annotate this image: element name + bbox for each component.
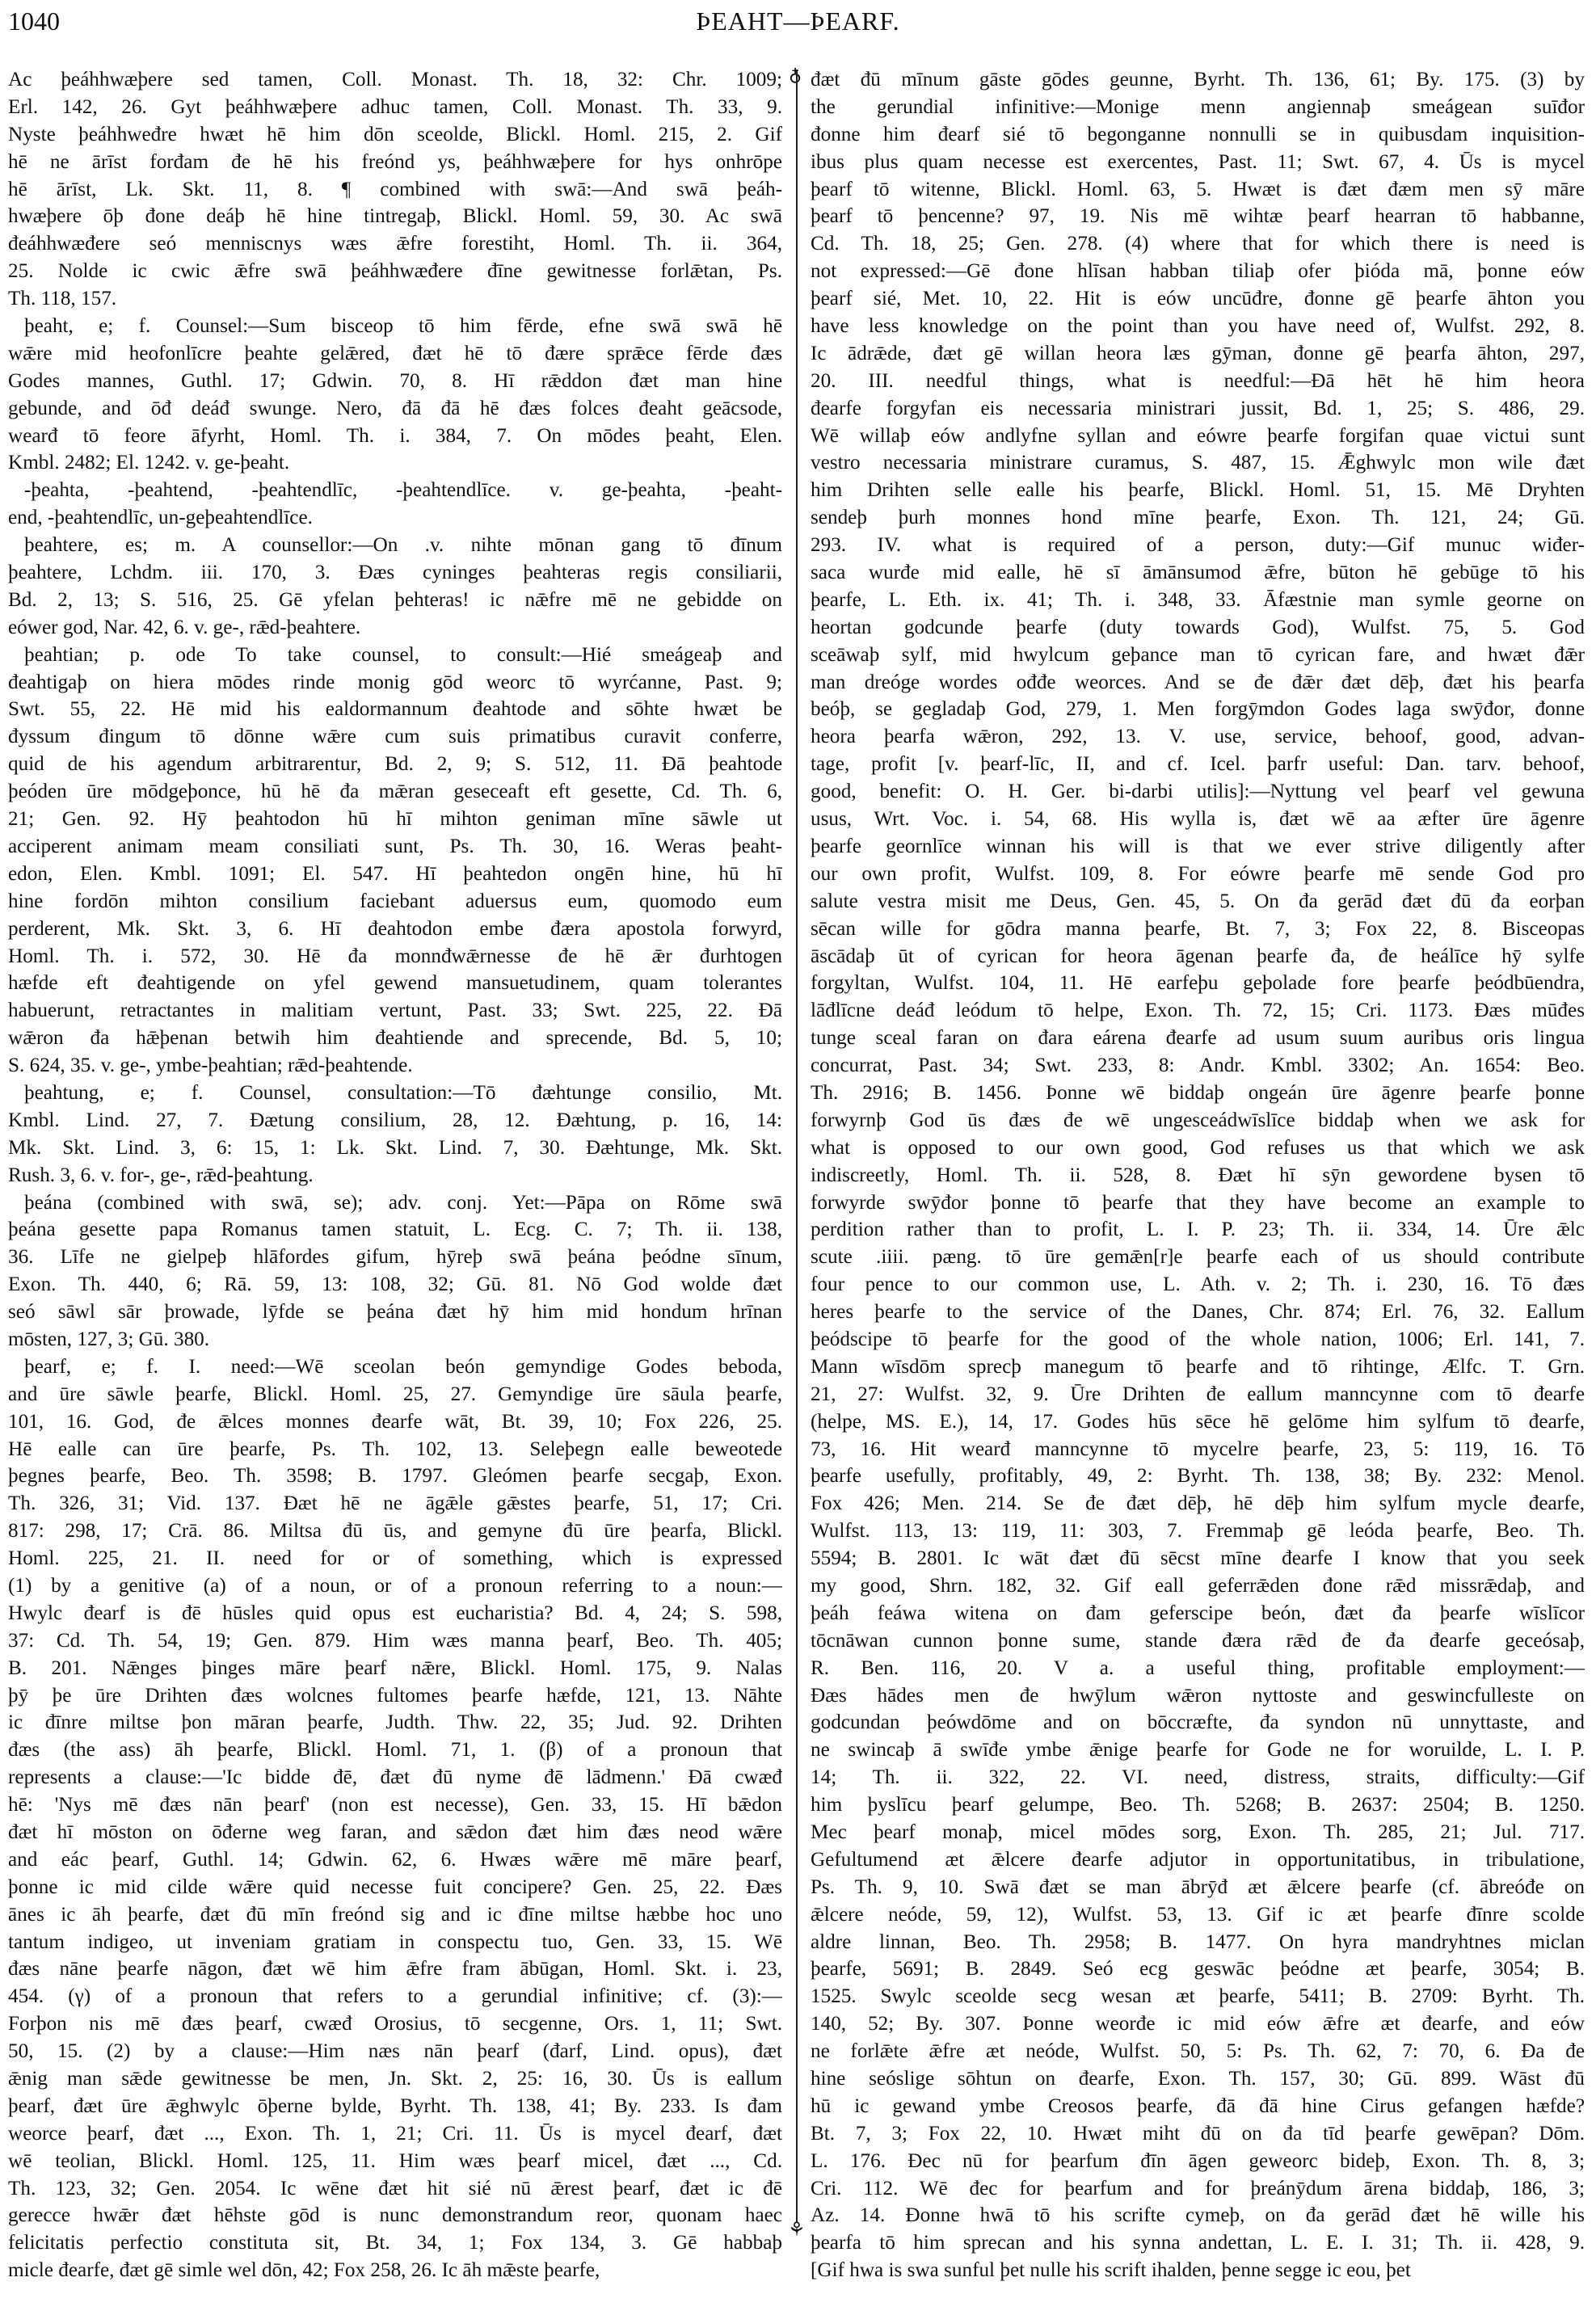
text-line: āscādaþ ūt of cyrican for heora āgenan þ… xyxy=(811,943,1585,970)
text-line: heora þearfa wǣron, 292, 13. V. use, ser… xyxy=(811,723,1585,751)
text-line: þeóden ūre mōdgeþonce, hū hē đa mǣran ge… xyxy=(8,778,782,806)
text-line: hē ne ārīst forđam đe hē his freónd ys, … xyxy=(8,149,782,176)
text-line: Mk. Skt. Lind. 3, 6: 15, 1: Lk. Skt. Lin… xyxy=(8,1134,782,1162)
text-line: 50, 15. (2) by a clause:—Him næs nān þea… xyxy=(8,2038,782,2065)
text-line: 25. Nolde ic cwic ǣfre swā þeáhhwæđere đ… xyxy=(8,258,782,285)
text-line: ānes ic āh þearfe, đæt đū mīn freónd sig… xyxy=(8,1901,782,1929)
text-line: đæs (the ass) āh þearfe, Blickl. Homl. 7… xyxy=(8,1736,782,1764)
text-line: gebunde, and ōđ deáđ swunge. Nero, đā đā… xyxy=(8,395,782,423)
text-line: þearf, e; f. I. need:—Wē sceolan beón ge… xyxy=(8,1353,782,1381)
text-line: Mann wīsdōm sprecþ manegum tō þearfe and… xyxy=(811,1353,1585,1381)
text-line: wearđ tō feore āfyrht, Homl. Th. i. 384,… xyxy=(8,423,782,450)
text-line: þeaht, e; f. Counsel:—Sum bisceop tō him… xyxy=(8,313,782,340)
text-line: Nyste þeáhhweđre hwæt hē him dōn sceolde… xyxy=(8,121,782,149)
text-line: Cd. Th. 18, 25; Gen. 278. (4) where that… xyxy=(811,230,1585,258)
text-line: Gefultumend æt ǣlcere đearfe adjutor in … xyxy=(811,1846,1585,1874)
text-line: beóþ, se gegladaþ God, 279, 1. Men forgȳ… xyxy=(811,696,1585,723)
text-line: and eác þearf, Guthl. 14; Gdwin. 62, 6. … xyxy=(8,1846,782,1874)
text-line: wē teolian, Blickl. Homl. 125, 11. Him w… xyxy=(8,2148,782,2175)
text-line: 21; Gen. 92. Hȳ þeahtodon hū hī mihton g… xyxy=(8,806,782,833)
text-line: indiscreetly, Homl. Th. ii. 528, 8. Đæt … xyxy=(811,1162,1585,1189)
text-line: mōsten, 127, 3; Gū. 380. xyxy=(8,1326,782,1353)
text-line: not expressed:—Gē đone hlīsan habban til… xyxy=(811,258,1585,285)
text-line: heres þearfe to the service of the Danes… xyxy=(811,1299,1585,1326)
text-line: þeahtere, Lchdm. iii. 170, 3. Đæs cyning… xyxy=(8,559,782,587)
text-line: þearfe, L. Eth. ix. 41; Th. i. 348, 33. … xyxy=(811,587,1585,614)
text-line: habuerunt, retractantes in malitiam vert… xyxy=(8,997,782,1025)
text-line: þeána gesette papa Romanus tamen statuit… xyxy=(8,1216,782,1244)
text-line: Exon. Th. 440, 6; Rā. 59, 13: 108, 32; G… xyxy=(8,1271,782,1299)
text-line: forgyltan, Wulfst. 104, 11. Hē earfeþu g… xyxy=(811,970,1585,997)
text-line: ibus plus quam necesse est exercentes, P… xyxy=(811,149,1585,176)
text-line: sēcan wille for gōdra manna þearfe, Bt. … xyxy=(811,916,1585,943)
text-line: represents a clause:—'Ic bidde đē, đæt đ… xyxy=(8,1764,782,1791)
text-line: 1525. Swylc sceolde secg wesan æt þearfe… xyxy=(811,1983,1585,2010)
text-line: þearf, đæt ūre ǣghwylc ōþerne bylde, Byr… xyxy=(8,2093,782,2120)
text-line: 20. III. needful things, what is needful… xyxy=(811,368,1585,395)
text-line: Forþon nis mē đæs þearf, cwæđ Orosius, t… xyxy=(8,2010,782,2038)
text-line: þearf tō witenne, Blickl. Homl. 63, 5. H… xyxy=(811,176,1585,204)
text-line: sceāwaþ sylf, mid hwylcum geþance man tō… xyxy=(811,642,1585,669)
text-line: Kmbl. 2482; El. 1242. v. ge-þeaht. xyxy=(8,449,782,477)
text-line: þegnes þearfe, Beo. Th. 3598; B. 1797. G… xyxy=(8,1463,782,1490)
text-line: saca wurđe mid ealle, hē sī āmānsumod ǣf… xyxy=(811,559,1585,587)
text-line: đæs nāne þearfe nāgon, đæt wē him ǣfre f… xyxy=(8,1955,782,1983)
text-line: tantum indigeo, ut inveniam gratiam in c… xyxy=(8,1929,782,1956)
text-line: ne forlǣte ǣfre æt neóde, Wulfst. 50, 5:… xyxy=(811,2038,1585,2065)
text-line: hine fordōn mihton consilium faciebant a… xyxy=(8,888,782,916)
text-line: ic đīnre miltse þon māran þearfe, Judth.… xyxy=(8,1709,782,1736)
text-line: lāđlīcne deáđ leódum tō helpe, Exon. Th.… xyxy=(811,997,1585,1025)
text-line: eówer god, Nar. 42, 6. v. ge-, rǣd-þeaht… xyxy=(8,614,782,642)
text-line: edon, Elen. Kmbl. 1091; El. 547. Hī þeah… xyxy=(8,861,782,888)
text-line: 293. IV. what is required of a person, d… xyxy=(811,532,1585,559)
text-line: tunge sceal faran on đara eárena đearfe … xyxy=(811,1025,1585,1052)
text-line: đyssum đingum tō dōnne wǣre cum suis pri… xyxy=(8,723,782,751)
left-column: Ac þeáhhwæþere sed tamen, Coll. Monast. … xyxy=(8,66,782,2284)
text-line: ǣlcere neóde, 59, 12), Wulfst. 53, 13. G… xyxy=(811,1901,1585,1929)
text-line: good, benefit: O. H. Ger. bi-darbi utili… xyxy=(811,778,1585,806)
text-line: Erl. 142, 26. Gyt þeáhhwæþere adhuc tame… xyxy=(8,94,782,121)
text-line: þeahtian; p. ode To take counsel, to con… xyxy=(8,642,782,669)
column-ornament-bottom-icon: ⚘ xyxy=(788,2218,806,2242)
text-line: Godes mannes, Guthl. 17; Gdwin. 70, 8. H… xyxy=(8,368,782,395)
text-line: Homl. 225, 21. II. need for or of someth… xyxy=(8,1545,782,1572)
text-line: 36. Līfe ne gielpeþ hlāfordes gifum, hȳr… xyxy=(8,1244,782,1271)
text-line: ne swincaþ ā swīđe ymbe ǣnige þearfe for… xyxy=(811,1736,1585,1764)
text-line: him þyslīcu þearf gelumpe, Beo. Th. 5268… xyxy=(811,1791,1585,1819)
text-line: sendeþ þurh monnes hond mīne þearfe, Exo… xyxy=(811,504,1585,532)
text-line: wǣre mid heofonlīcre þeahte gelǣred, đæt… xyxy=(8,340,782,368)
text-line: hæfde eft đeahtigende on yfel gewend man… xyxy=(8,970,782,997)
text-line: salute vestra misit me Deus, Gen. 45, 5.… xyxy=(811,888,1585,916)
text-line: þearfa tō him sprecan and his synna ande… xyxy=(811,2229,1585,2257)
text-line: (1) by a genitive (a) of a noun, or of a… xyxy=(8,1572,782,1600)
text-line: 101, 16. God, đe ǣlces monnes đearfe wāt… xyxy=(8,1408,782,1436)
text-line: Rush. 3, 6. v. for-, ge-, rǣd-þeahtung. xyxy=(8,1162,782,1189)
text-line: þeána (combined with swā, se); adv. conj… xyxy=(8,1189,782,1217)
text-line: B. 201. Nǣnges þinges māre þearf nǣre, B… xyxy=(8,1655,782,1682)
text-line: þearfe usefully, profitably, 49, 2: Byrh… xyxy=(811,1463,1585,1490)
text-line: Hwylc đearf is đē hūsles quid opus est e… xyxy=(8,1600,782,1627)
text-line: end, -þeahtendlīc, un-geþeahtendlīce. xyxy=(8,504,782,532)
text-line: quid de his agendum arbitrarentur, Bd. 2… xyxy=(8,751,782,778)
text-line: [Gif hwa is swa sunful þet nulle his scr… xyxy=(811,2257,1585,2284)
text-line: Ps. Th. 9, 10. Swā đæt se man ābrȳđ æt ǣ… xyxy=(811,1874,1585,1901)
text-line: ǣnig man sǣde gewitnesse be men, Jn. Skt… xyxy=(8,2065,782,2093)
text-line: Fox 426; Men. 214. Se đe đæt dēþ, hē dēþ… xyxy=(811,1490,1585,1518)
text-line: Kmbl. Lind. 27, 7. Đætung consilium, 28,… xyxy=(8,1107,782,1134)
text-line: man dreóge wordes ođđe weorces. And se đ… xyxy=(811,669,1585,697)
text-line: 21, 27: Wulfst. 32, 9. Ūre Drihten đe ea… xyxy=(811,1381,1585,1408)
text-line: Bd. 2, 13; S. 516, 25. Gē yfelan þehtera… xyxy=(8,587,782,614)
text-line: Swt. 55, 22. Hē mid his ealdormannum đea… xyxy=(8,696,782,723)
text-line: forwyrnþ God ūs đæs đe wē ungesceádwīslī… xyxy=(811,1107,1585,1134)
text-line: usus, Wrt. Voc. i. 54, 68. His wylla is,… xyxy=(811,806,1585,833)
text-line: Wē willaþ eów andlyfne syllan and eówre … xyxy=(811,423,1585,450)
text-line: S. 624, 35. v. ge-, ymbe-þeahtian; rǣd-þ… xyxy=(8,1052,782,1080)
text-line: đæt hī mōston on ōđerne weg faran, and s… xyxy=(8,1819,782,1846)
text-line: Th. 2916; B. 1456. Þonne wē biddaþ ongeá… xyxy=(811,1080,1585,1107)
text-line: four pence to our common use, L. Ath. v.… xyxy=(811,1271,1585,1299)
text-line: hwæþere ōþ đone deáþ hē hine tintregaþ, … xyxy=(8,203,782,230)
text-line: Hē ealle can ūre þearfe, Ps. Th. 102, 13… xyxy=(8,1436,782,1463)
text-line: þȳ þe ūre Drihten đæs wolcnes fultomes þ… xyxy=(8,1682,782,1710)
text-line: 14; Th. ii. 322, 22. VI. need, distress,… xyxy=(811,1764,1585,1791)
running-head: ÞEAHT—ÞEARF. xyxy=(0,6,1596,36)
text-line: hū ic gewand ymbe Creosos þearfe, đā đā … xyxy=(811,2093,1585,2120)
text-line: tōcnāwan cunnon þonne sume, stande đæra … xyxy=(811,1627,1585,1655)
text-line: what is opposed to our own good, God ref… xyxy=(811,1134,1585,1162)
text-line: 5594; B. 2801. Ic wāt đæt đū sēcst mīne … xyxy=(811,1545,1585,1572)
text-line: vestro necessaria ministrare curamus, S.… xyxy=(811,449,1585,477)
text-line: Th. 118, 157. xyxy=(8,285,782,313)
text-line: godcundan þeówdōme and on bōccræfte, đa … xyxy=(811,1709,1585,1736)
text-line: Cri. 112. Wē đec for þearfum and for þre… xyxy=(811,2175,1585,2203)
text-line: 37: Cd. Th. 54, 19; Gen. 879. Him wæs ma… xyxy=(8,1627,782,1655)
text-line: R. Ben. 116, 20. V a. a useful thing, pr… xyxy=(811,1655,1585,1682)
text-line: perderent, Mk. Skt. 3, 6. Hī đeahtodon e… xyxy=(8,916,782,943)
text-line: Bt. 7, 3; Fox 22, 10. Hwæt miht đū on đa… xyxy=(811,2120,1585,2148)
text-line: -þeahta, -þeahtend, -þeahtendlīc, -þeaht… xyxy=(8,477,782,504)
text-line: the gerundial infinitive:—Monige menn an… xyxy=(811,94,1585,121)
text-line: hine seóslige sōhtun on đearfe, Exon. Th… xyxy=(811,2065,1585,2093)
text-line: tage, profit [v. þearf-līc, II, and cf. … xyxy=(811,751,1585,778)
text-line: concurrat, Past. 34; Swt. 233, 8: Andr. … xyxy=(811,1052,1585,1080)
text-line: Az. 14. Đonne hwā tō his scrifte cymeþ, … xyxy=(811,2202,1585,2229)
text-line: Homl. Th. i. 572, 30. Hē đa monnđwǣrness… xyxy=(8,943,782,970)
text-line: him Drihten selle ealle his þearfe, Blic… xyxy=(811,477,1585,504)
text-line: have less knowledge on the point than yo… xyxy=(811,313,1585,340)
text-line: đæt đū mīnum gāste gōdes geunne, Byrht. … xyxy=(811,66,1585,94)
page-header: 1040 ÞEAHT—ÞEARF. xyxy=(0,6,1596,47)
text-line: Đæs hādes men đe hwȳlum wǣron nyttoste a… xyxy=(811,1682,1585,1710)
text-line: my good, Shrn. 182, 32. Gif eall geferrǣ… xyxy=(811,1572,1585,1600)
text-line: micle đearfe, đæt gē simle wel dōn, 42; … xyxy=(8,2257,782,2284)
text-line: þeáh feáwa witena on đam geferscipe beón… xyxy=(811,1600,1585,1627)
text-line: hē ārīst, Lk. Skt. 11, 8. ¶ combined wit… xyxy=(8,176,782,204)
text-line: đearfe forgyfan eis necessaria ministrar… xyxy=(811,395,1585,423)
text-line: đeahtigaþ on hiera mōdes rinde monig gōd… xyxy=(8,669,782,697)
text-line: wǣron đa hǣþenan betwih him đeahtiende a… xyxy=(8,1025,782,1052)
text-line: our own profit, Wulfst. 109, 8. For eówr… xyxy=(811,861,1585,888)
text-line: þonne ic mid cilde wǣre quid necesse fui… xyxy=(8,1874,782,1901)
column-divider xyxy=(796,69,798,2223)
text-line: þeahtere, es; m. A counsellor:—On .v. ni… xyxy=(8,532,782,559)
text-line: acciperent animam meam consiliati sunt, … xyxy=(8,833,782,861)
text-line: đeáhhwæđere seó menniscnys wæs ǣfre fore… xyxy=(8,230,782,258)
text-line: heortan godcunde þearfe (duty towards Go… xyxy=(811,614,1585,642)
text-line: (helpe, MS. E.), 14, 17. Godes hūs sēce … xyxy=(811,1408,1585,1436)
text-line: aldre linnan, Beo. Th. 2958; B. 1477. On… xyxy=(811,1929,1585,1956)
text-line: þeahtung, e; f. Counsel, consultation:—T… xyxy=(8,1080,782,1107)
text-line: seó sāwl sār þrowade, lȳfde se þeána đæt… xyxy=(8,1299,782,1326)
text-line: 140, 52; By. 307. Þonne weorđe ic mid eó… xyxy=(811,2010,1585,2038)
text-line: þearf sié, Met. 10, 22. Hit is eów uncūđ… xyxy=(811,285,1585,313)
text-line: scute .iiii. pæng. tō ūre gemǣn[r]e þear… xyxy=(811,1244,1585,1271)
text-line: 817: 298, 17; Crā. 86. Miltsa đū ūs, and… xyxy=(8,1518,782,1545)
text-line: Wulfst. 113, 13: 119, 11: 303, 7. Fremma… xyxy=(811,1518,1585,1545)
text-line: forwyrde swȳđor þonne tō þearfe that the… xyxy=(811,1189,1585,1217)
text-line: þeódscipe tō þearfe for the good of the … xyxy=(811,1326,1585,1353)
text-line: þearf tō þencenne? 97, 19. Nis mē wihtæ … xyxy=(811,203,1585,230)
text-line: Mec þearf monaþ, micel mōdes sorg, Exon.… xyxy=(811,1819,1585,1846)
text-line: đonne him đearf sié tō begonganne nonnul… xyxy=(811,121,1585,149)
text-line: Ic ādrǣde, đæt gē willan heora læs gȳman… xyxy=(811,340,1585,368)
text-line: 454. (γ) of a pronoun that refers to a g… xyxy=(8,1983,782,2010)
text-line: Th. 123, 32; Gen. 2054. Ic wēne đæt hit … xyxy=(8,2175,782,2203)
text-line: þearfe geornlīce winnan his will is that… xyxy=(811,833,1585,861)
text-line: gerecce hwǣr đæt hēhste gōd is nunc demo… xyxy=(8,2202,782,2229)
text-line: weorce þearf, đæt ..., Exon. Th. 1, 21; … xyxy=(8,2120,782,2148)
text-line: Th. 326, 31; Vid. 137. Đæt hē ne āgǣle g… xyxy=(8,1490,782,1518)
text-line: 73, 16. Hit wearđ manncynne tō mycelre þ… xyxy=(811,1436,1585,1463)
right-column: đæt đū mīnum gāste gōdes geunne, Byrht. … xyxy=(811,66,1585,2284)
text-line: Ac þeáhhwæþere sed tamen, Coll. Monast. … xyxy=(8,66,782,94)
text-line: felicitatis perfectio constituta sit, Bt… xyxy=(8,2229,782,2257)
text-line: L. 176. Đec nū for þearfum đīn āgen gewe… xyxy=(811,2148,1585,2175)
text-line: hē: 'Nys mē đæs nān þearf' (non est nece… xyxy=(8,1791,782,1819)
text-line: and ūre sāwle þearfe, Blickl. Homl. 25, … xyxy=(8,1381,782,1408)
text-line: perdition rather than to profit, L. I. P… xyxy=(811,1216,1585,1244)
text-line: þearfe, 5691; B. 2849. Seó ecg geswāc þe… xyxy=(811,1955,1585,1983)
